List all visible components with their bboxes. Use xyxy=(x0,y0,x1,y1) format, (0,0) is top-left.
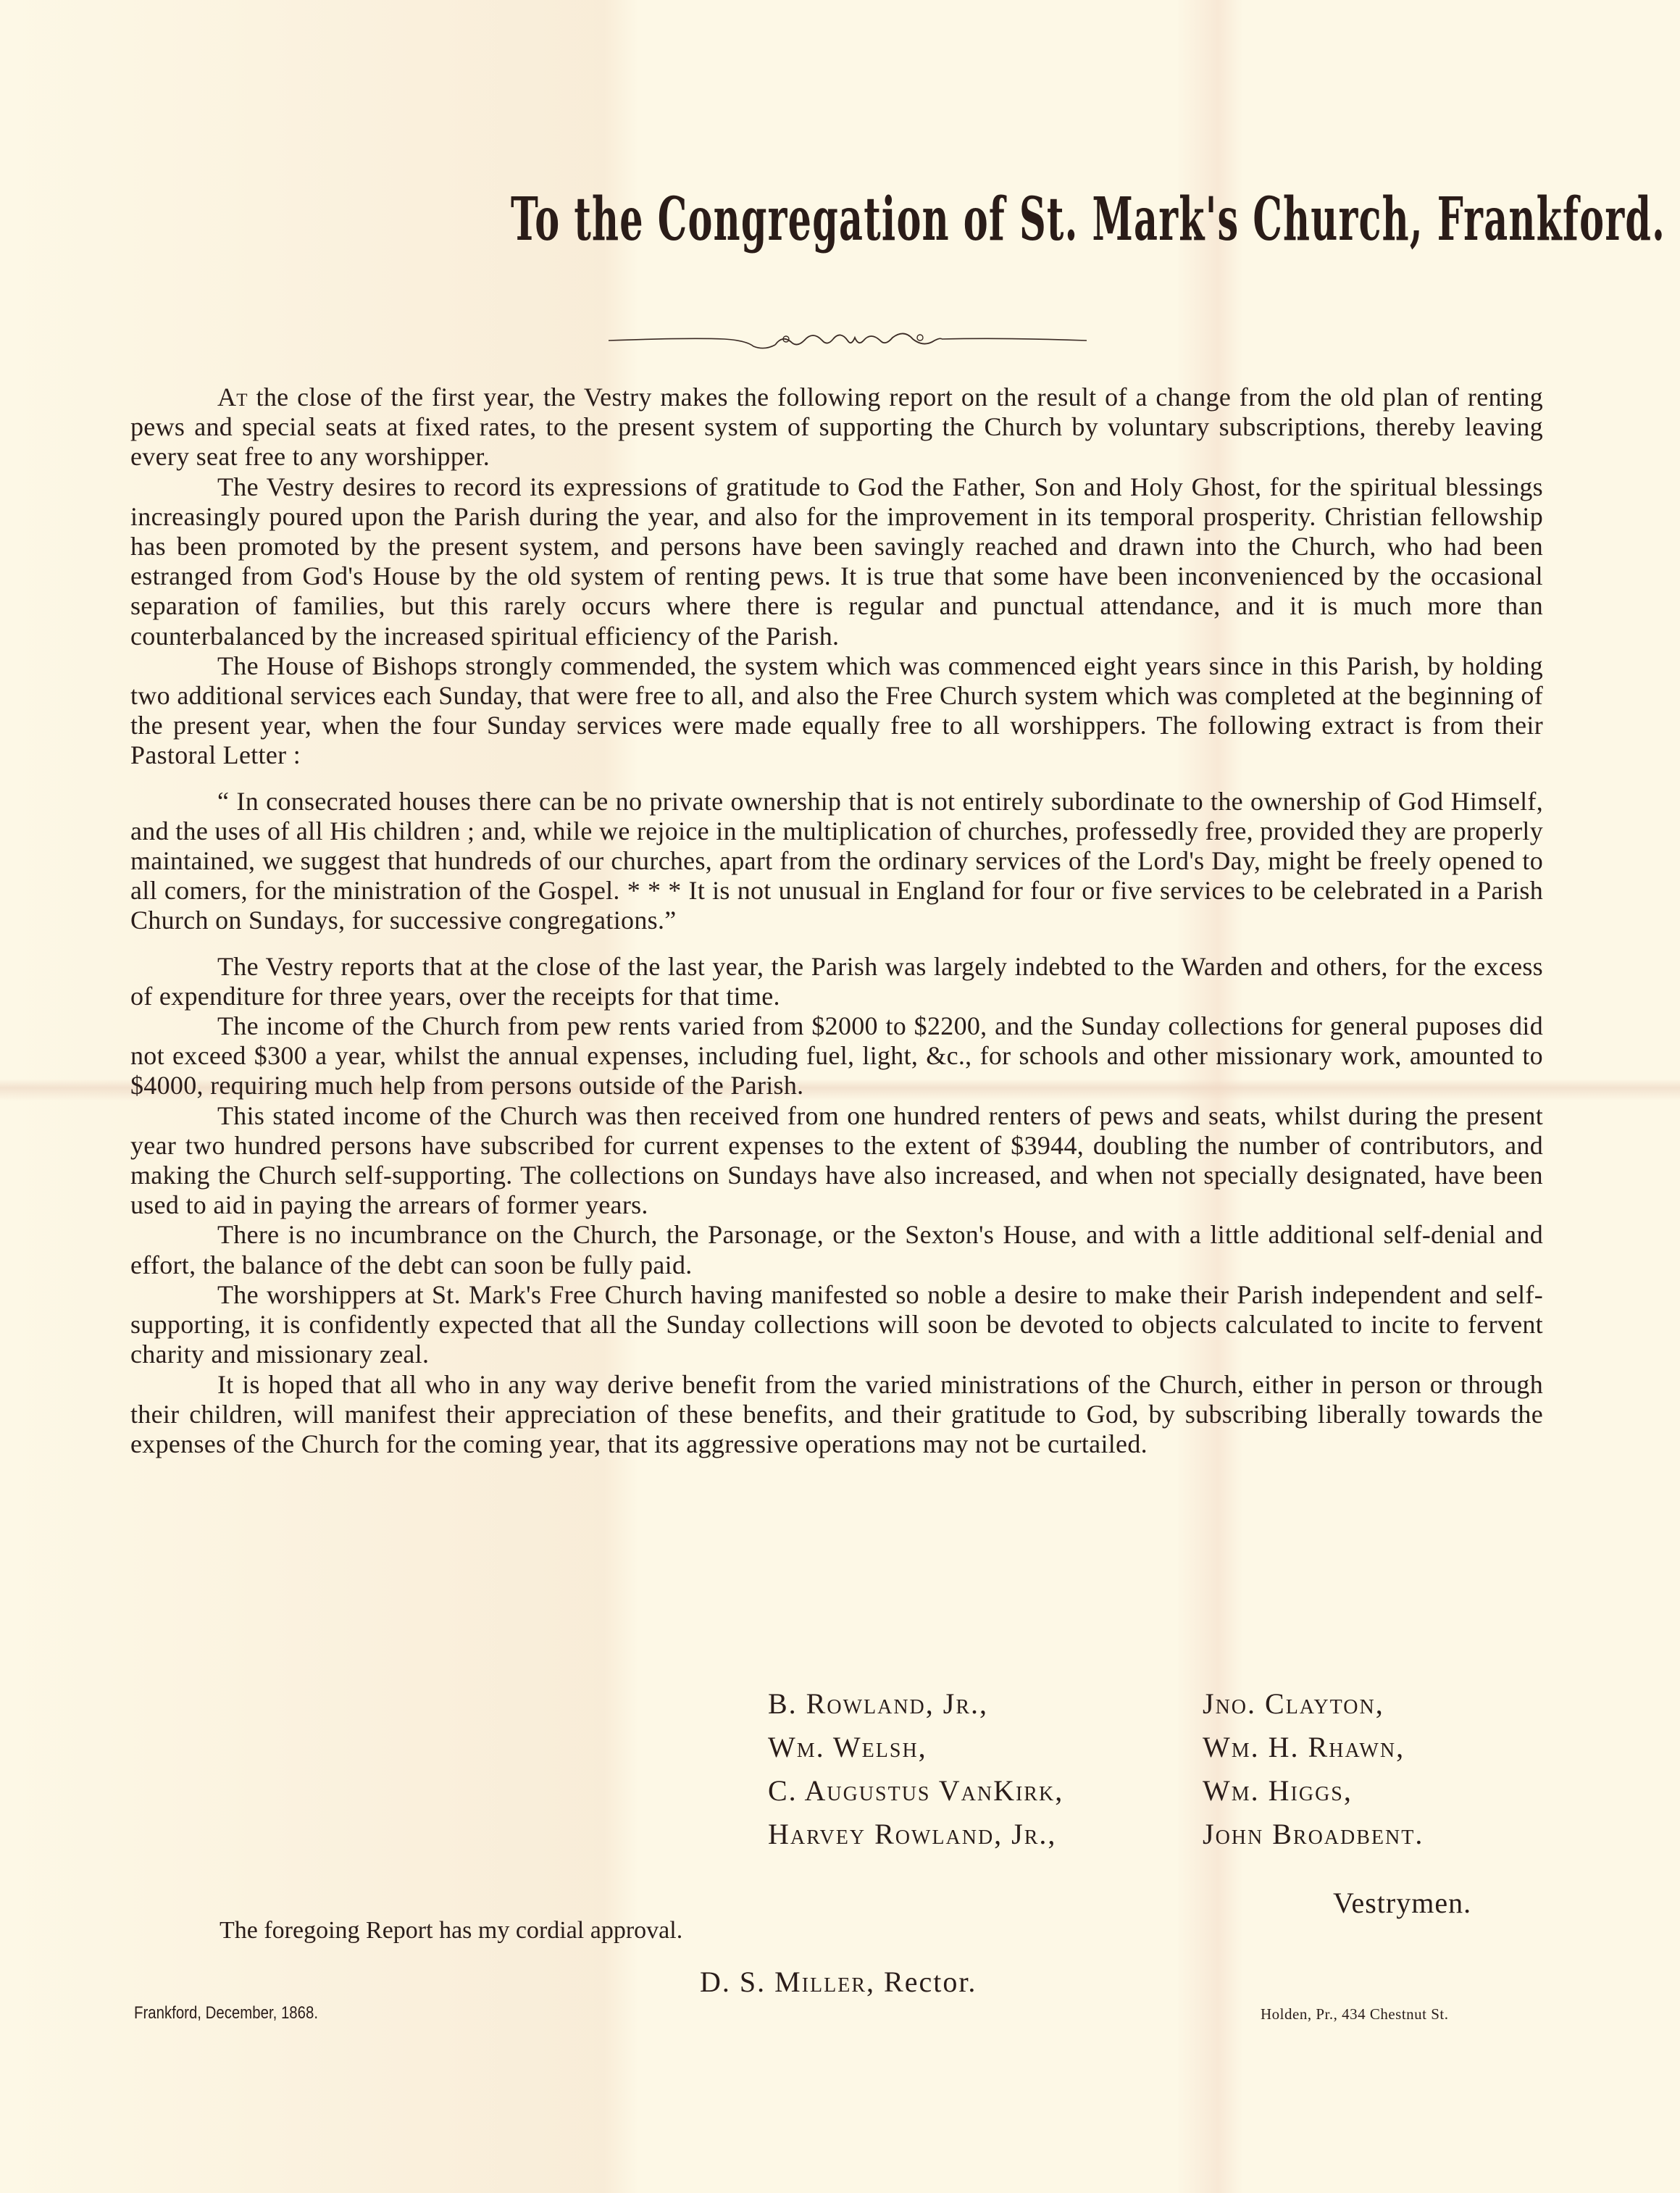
dateline: Frankford, December, 1868. xyxy=(134,2003,318,2023)
paragraph-3: The House of Bishops strongly commended,… xyxy=(130,651,1543,771)
printer-imprint: Holden, Pr., 434 Chestnut St. xyxy=(1261,2005,1449,2023)
rector-signature: D. S. Miller, Rector. xyxy=(700,1965,977,1999)
signer-name: Jno. Clayton, xyxy=(1203,1682,1424,1726)
document-title: To the Congregation of St. Mark's Church… xyxy=(511,185,1184,254)
signer-name: Wm. H. Rhawn, xyxy=(1203,1726,1424,1769)
signer-name: B. Rowland, Jr., xyxy=(768,1682,1063,1726)
signer-name: Wm. Higgs, xyxy=(1203,1769,1424,1813)
signers-role: Vestrymen. xyxy=(1333,1881,1471,1925)
rector-approval-statement: The foregoing Report has my cordial appr… xyxy=(220,1917,682,1945)
signers-left-column: B. Rowland, Jr., Wm. Welsh, C. Augustus … xyxy=(768,1682,1063,1856)
signer-name: John Broadbent. xyxy=(1203,1813,1424,1856)
pastoral-letter-quote: “ In consecrated houses there can be no … xyxy=(130,787,1543,936)
document-page: To the Congregation of St. Mark's Church… xyxy=(0,0,1680,2193)
signer-name: Wm. Welsh, xyxy=(768,1726,1063,1769)
signer-name: Harvey Rowland, Jr., xyxy=(768,1813,1063,1856)
signers-right-column: Jno. Clayton, Wm. H. Rhawn, Wm. Higgs, J… xyxy=(1203,1682,1424,1856)
paragraph-9: The worshippers at St. Mark's Free Churc… xyxy=(130,1280,1543,1370)
paragraph-6: The income of the Church from pew rents … xyxy=(130,1011,1543,1101)
paragraph-8: There is no incumbrance on the Church, t… xyxy=(130,1220,1543,1279)
paragraph-1: At the close of the first year, the Vest… xyxy=(130,383,1543,472)
paragraph-lead-word: At xyxy=(217,383,248,412)
paragraph-7: This stated income of the Church was the… xyxy=(130,1101,1543,1221)
paragraph-2: The Vestry desires to record its express… xyxy=(130,472,1543,651)
paragraph-10: It is hoped that all who in any way deri… xyxy=(130,1370,1543,1460)
rector-title: Rector. xyxy=(875,1966,977,1998)
signer-name: C. Augustus VanKirk, xyxy=(768,1769,1063,1813)
report-body: At the close of the first year, the Vest… xyxy=(130,383,1543,1459)
rector-name: D. S. Miller, xyxy=(700,1966,875,1998)
paragraph-5: The Vestry reports that at the close of … xyxy=(130,952,1543,1011)
scroll-ornament-icon xyxy=(601,325,1094,354)
